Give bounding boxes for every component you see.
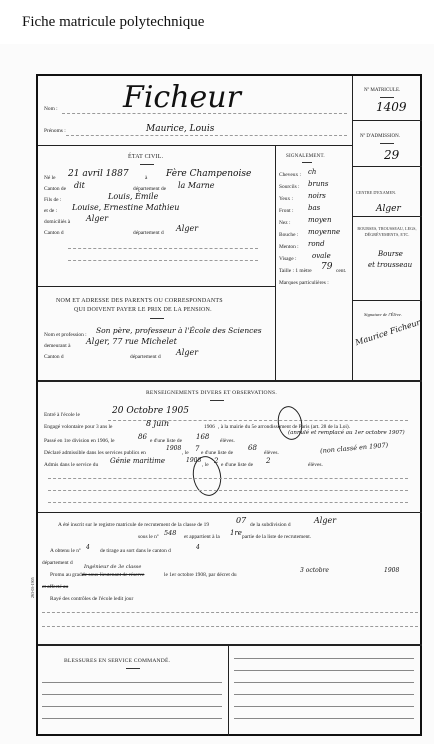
demeurant-label: demeurant à xyxy=(44,343,71,349)
signalement-value: moyenne xyxy=(308,228,340,236)
mere-value: Louise, Ernestine Mathieu xyxy=(72,203,179,212)
renseignements-title: RENSEIGNEMENTS DIVERS ET OBSERVATIONS. xyxy=(146,390,277,396)
declare-total: 68 xyxy=(248,444,257,452)
promu-mid: le 1er octobre 1908, par décret du xyxy=(164,572,237,578)
parents-departement-label: département d xyxy=(130,354,161,360)
tirage-mid: de tirage au sort dans le canton d xyxy=(100,548,171,554)
signalement-value: moyen xyxy=(308,216,331,224)
admis-total: 2 xyxy=(266,457,270,465)
departement-value: la Marne xyxy=(178,181,215,190)
etat-civil-divider xyxy=(38,286,275,287)
departement2-label: département d xyxy=(133,230,164,236)
marques-label: Marques particulières : xyxy=(279,280,329,286)
decret-value: 3 octobre xyxy=(300,567,329,574)
admis-label: Admis dans le service du xyxy=(44,462,98,468)
domicilies-value: Alger xyxy=(86,214,108,223)
parents-canton-label: Canton d xyxy=(44,354,64,360)
renseignements-blank-line xyxy=(48,478,408,479)
passe-label: Passé en 1re division en 1906, le xyxy=(44,438,115,444)
etat-civil-blank-line xyxy=(68,260,258,261)
signalement-value: noirs xyxy=(308,192,326,200)
departement2-value: Alger xyxy=(176,224,198,233)
signalement-label: Sourcils : xyxy=(279,184,300,190)
blessures-line-right xyxy=(234,658,414,659)
signalement-divider xyxy=(275,145,276,380)
margin-code: 263-05-1905 xyxy=(30,577,35,598)
partie-suffix: partie de la liste de recrutement. xyxy=(242,534,311,540)
etat-civil-dash xyxy=(140,164,154,165)
recrutement-blank-line xyxy=(42,626,418,627)
nom-value: Ficheur xyxy=(123,80,241,115)
engage-value: 8 juin xyxy=(146,419,169,428)
right-column-divider xyxy=(352,76,353,380)
promu-struck: de sous-lieutenant de réserve xyxy=(82,572,144,578)
blessures-line-right xyxy=(234,718,414,719)
blessures-line xyxy=(42,706,222,707)
raye-label: Rayé des contrôles de l'école ledit jour xyxy=(50,596,133,602)
renseignements-blank-line xyxy=(48,490,408,491)
signalement-label: Front : xyxy=(279,208,294,214)
signalement-label: Nez : xyxy=(279,220,291,226)
taille-label: Taille : 1 mètre xyxy=(279,268,312,274)
matricule-divider xyxy=(352,120,422,121)
blessures-line-right xyxy=(234,694,414,695)
admis-suffix: élèves. xyxy=(308,462,323,468)
signature-value: Maurice Ficheur xyxy=(354,318,421,347)
declare-rank: 7 xyxy=(195,445,199,453)
a-label: à xyxy=(145,175,147,181)
admission-value: 29 xyxy=(384,148,399,162)
signature-label: Signature de l'Élève. xyxy=(364,312,402,317)
admis-value: Génie maritime xyxy=(110,457,165,465)
nom-label: Nom : xyxy=(44,106,58,112)
tirage-label: A obtenu le nº xyxy=(50,548,81,554)
etat-civil-title: ÉTAT CIVIL. xyxy=(128,154,163,160)
admis-mid2: e d'une liste de xyxy=(221,462,253,468)
centre-examen-value: Alger xyxy=(376,204,401,214)
passe-total: 168 xyxy=(196,433,209,441)
blessures-line-right xyxy=(234,706,414,707)
blessures-line xyxy=(42,682,222,683)
taille-value: 79 xyxy=(321,262,332,272)
parents-divider xyxy=(38,380,422,382)
classe-value: 07 xyxy=(236,516,246,525)
declare-note: (non classé en 1907) xyxy=(320,441,389,455)
declare-label: Déclaré admissible dans les services pub… xyxy=(44,450,146,456)
declare-mid: , le xyxy=(182,450,189,456)
signalement-title: SIGNALEMENT. xyxy=(286,154,325,159)
admission-dash xyxy=(380,143,394,144)
mere-label: et de : xyxy=(44,208,57,214)
demeurant-value: Alger, 77 rue Michelet xyxy=(86,337,177,346)
partie-value: 1re xyxy=(230,529,242,537)
taille-unit: cent. xyxy=(336,268,346,274)
matricule-label: Nº MATRICULE. xyxy=(364,88,400,93)
pere-value: Louis, Émile xyxy=(108,192,158,201)
signalement-value: bas xyxy=(308,204,320,212)
subdivision-value: Alger xyxy=(314,516,336,525)
declare-suffix: élèves. xyxy=(264,450,279,456)
record-card-frame: Nom : Ficheur Prénoms : Maurice, Louis N… xyxy=(36,74,422,736)
matricule-value: 1409 xyxy=(376,100,407,114)
blessures-title: BLESSURES EN SERVICE COMMANDÉ. xyxy=(64,658,170,664)
blessures-divider xyxy=(228,644,229,736)
passe-mid: e d'une liste de xyxy=(150,438,182,444)
bourses-label: BOURSES, TROUSSEAU, LEGS, DÉGRÈVEMENTS, … xyxy=(355,226,419,238)
passe-suffix: élèves. xyxy=(220,438,235,444)
parents-title-line1: NOM ET ADRESSE DES PARENTS OU CORRESPOND… xyxy=(56,298,223,304)
parents-title-line2: QUI DOIVENT PAYER LE PRIX DE LA PENSION. xyxy=(74,307,212,313)
prenoms-line xyxy=(66,135,347,136)
tirage-value: 4 xyxy=(86,544,90,551)
signalement-label: Cheveux : xyxy=(279,172,301,178)
parents-dash xyxy=(150,318,164,319)
domicilies-label: domiciliés à xyxy=(44,219,70,225)
signalement-label: Bouche : xyxy=(279,232,298,238)
header-divider xyxy=(38,145,352,146)
engage-year: 1906 xyxy=(204,424,215,430)
fils-de-label: Fils de : xyxy=(44,197,61,203)
bourses-value-line1: Bourse xyxy=(378,250,403,258)
declare-year: 1908 xyxy=(166,445,181,452)
signalement-label: Yeux : xyxy=(279,196,293,202)
subdivision-label: de la subdivision d xyxy=(250,522,291,528)
signalement-value: bruns xyxy=(308,180,328,188)
signalement-value: ovale xyxy=(312,252,331,260)
renseignements-divider xyxy=(38,512,422,513)
affecte-struck: et affecté au xyxy=(42,584,68,590)
blessures-line-right xyxy=(234,670,414,671)
tirage-canton: 4 xyxy=(196,544,200,551)
prenoms-value: Maurice, Louis xyxy=(146,124,214,134)
lieu-value: Fère Champenoise xyxy=(166,169,251,179)
inscrit-label: A été inscrit sur le registre matricule … xyxy=(58,522,209,528)
admission-divider xyxy=(352,166,422,167)
engage-label: Engagé volontaire pour 3 ans le xyxy=(44,424,112,430)
ne-le-label: Né le xyxy=(44,175,56,181)
canton-label: Canton de xyxy=(44,186,66,192)
recrutement-departement-label: département d xyxy=(42,560,73,566)
appartient-label: et appartient à la xyxy=(184,534,220,540)
grade-note: Ingénieur de 3e classe xyxy=(84,564,141,570)
matricule-dash xyxy=(380,97,394,98)
numero-value: 548 xyxy=(164,529,176,537)
rectification-stamp-1 xyxy=(275,404,306,442)
engage-note: (annulé et remplacé au 1er octobre 1907) xyxy=(288,430,405,436)
entre-label: Entré à l'école le xyxy=(44,412,80,418)
bourses-divider xyxy=(352,300,422,301)
recrutement-blank-line xyxy=(42,612,418,613)
signalement-value: rond xyxy=(308,240,325,248)
sous-label: sous le nº xyxy=(138,534,159,540)
signalement-label: Menton : xyxy=(279,244,299,250)
profession-label: Nom et profession : xyxy=(44,332,87,338)
bourses-value-line2: et trousseau xyxy=(368,261,412,269)
renseignements-blank-line xyxy=(48,502,408,503)
promu-label: Promu au grade xyxy=(50,572,84,578)
passe-rank: 86 xyxy=(138,433,147,441)
blessures-line xyxy=(42,718,222,719)
entre-value: 20 Octobre 1905 xyxy=(112,406,189,416)
canton2-label: Canton d xyxy=(44,230,64,236)
signalement-value: ch xyxy=(308,168,316,176)
profession-value: Son père, professeur à l'École des Scien… xyxy=(96,326,262,335)
decret-year: 1908 xyxy=(384,567,399,574)
blessures-line xyxy=(42,694,222,695)
signalement-dash xyxy=(302,162,312,163)
parents-departement-value: Alger xyxy=(176,348,198,357)
blessures-dash xyxy=(126,668,140,669)
examen-divider xyxy=(352,216,422,217)
admission-label: Nº D'ADMISSION. xyxy=(360,134,400,139)
centre-examen-label: CENTRE D'EXAMEN. xyxy=(356,190,396,195)
renseignements-dash xyxy=(210,400,224,401)
signalement-label: Visage : xyxy=(279,256,297,262)
recrutement-divider xyxy=(38,644,422,646)
page-title: Fiche matricule polytechnique xyxy=(22,14,204,31)
prenoms-label: Prénoms : xyxy=(44,128,66,134)
blessures-line-right xyxy=(234,682,414,683)
etat-civil-blank-line xyxy=(68,248,258,249)
canton-value: dit xyxy=(74,181,85,190)
ne-le-value: 21 avril 1887 xyxy=(68,169,129,179)
